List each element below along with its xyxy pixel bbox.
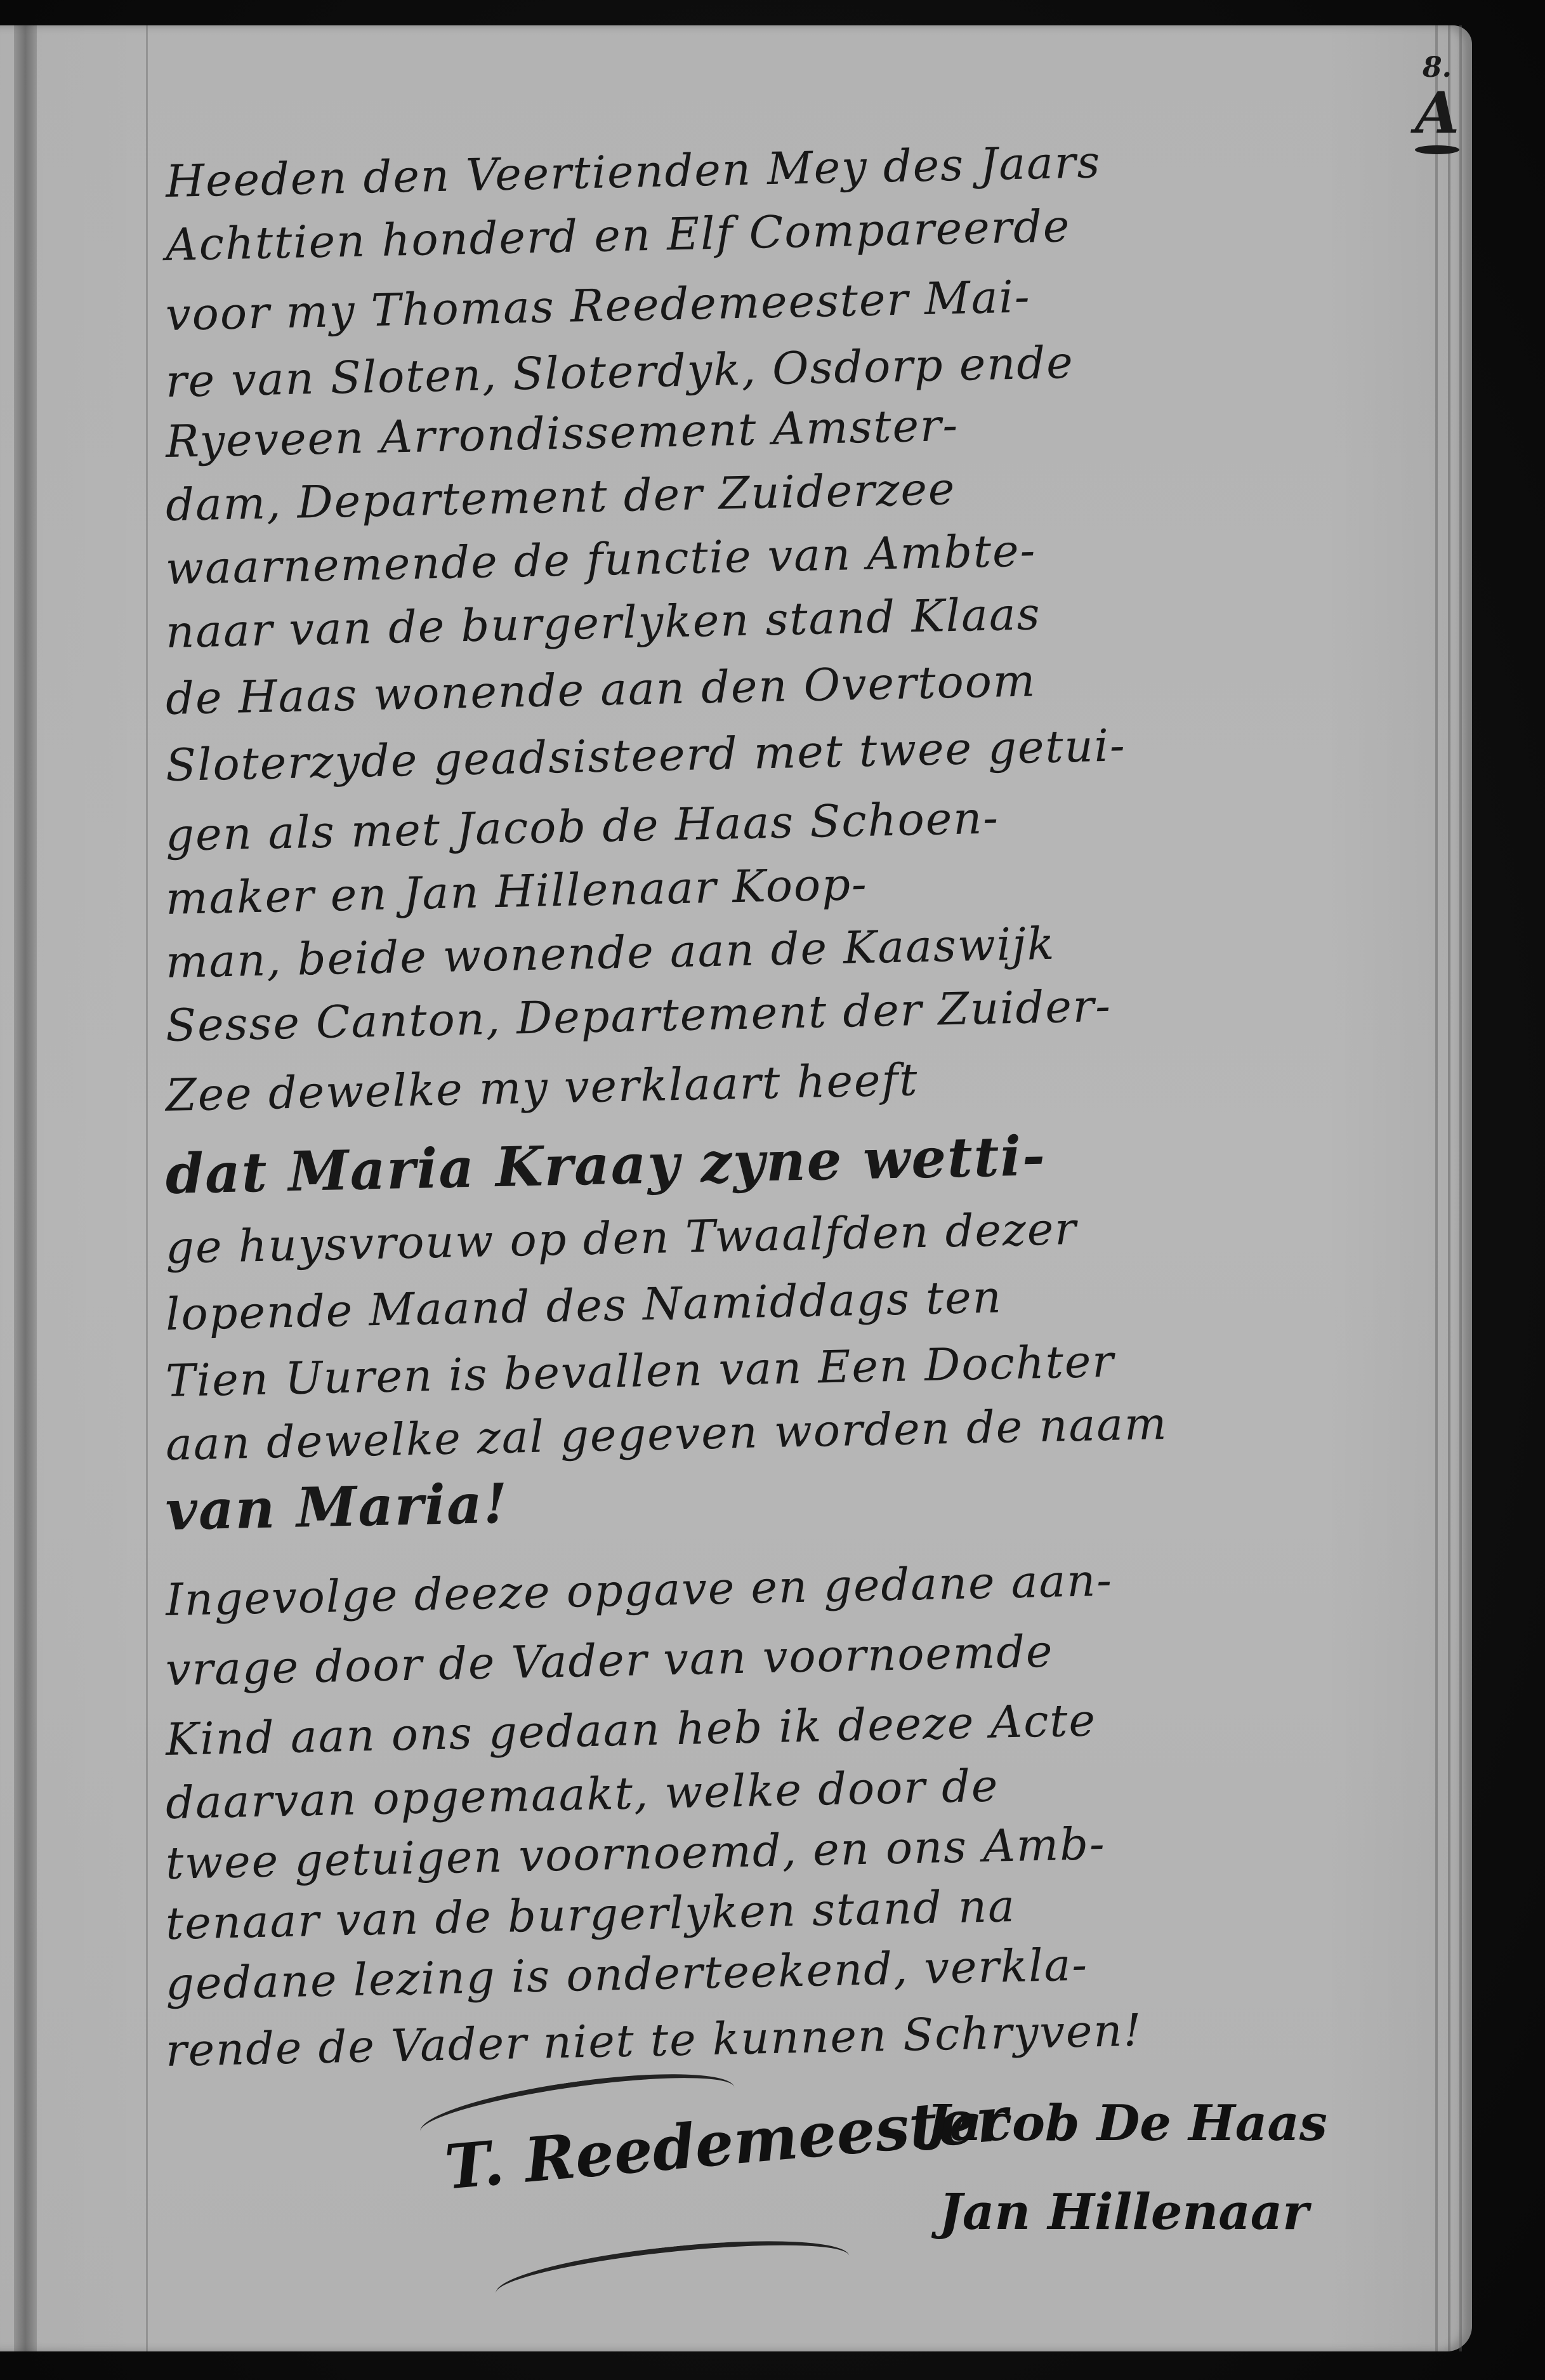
page-edge — [1459, 25, 1462, 2351]
signature-witness-1: Jacob De Haas — [926, 2094, 1327, 2152]
signature-witness-2: Jan Hillenaar — [939, 2183, 1308, 2241]
folio-underline — [1415, 145, 1459, 154]
page-edge — [1435, 25, 1438, 2351]
binding-gutter — [14, 25, 37, 2351]
page-edge — [1448, 25, 1450, 2351]
text-line: van Maria! — [165, 1472, 510, 1543]
margin-rule — [146, 25, 148, 2351]
folio-mark: 8. A — [1412, 54, 1463, 154]
folio-letter: A — [1412, 84, 1463, 142]
folio-number: 8. — [1412, 54, 1463, 82]
